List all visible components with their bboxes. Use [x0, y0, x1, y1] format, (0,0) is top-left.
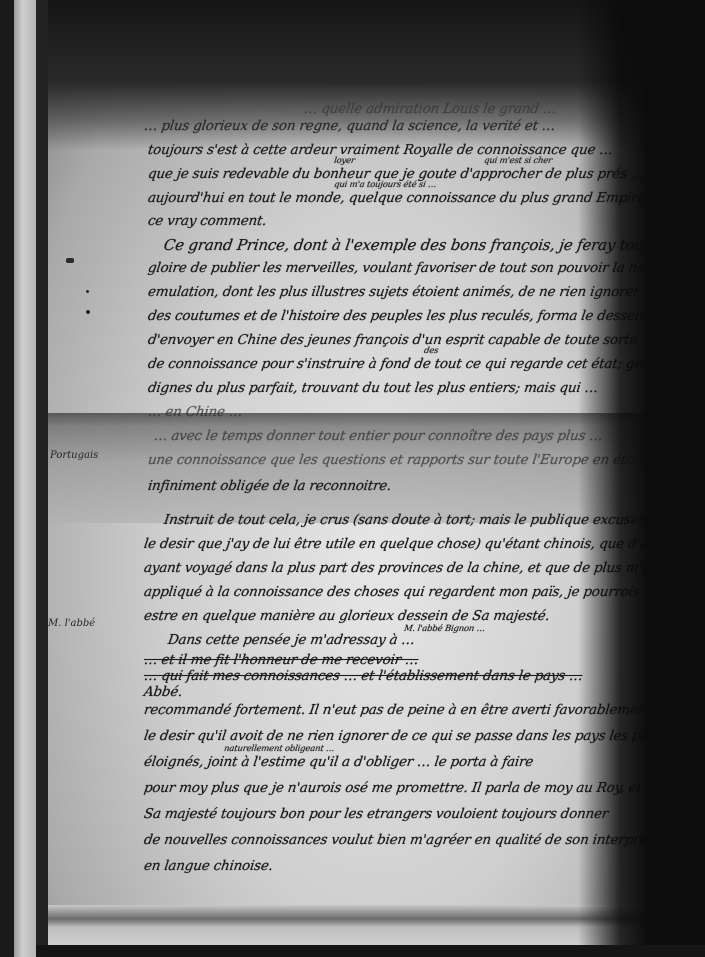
- manuscript-line: appliqué à la connoissance des choses qu…: [143, 584, 641, 600]
- interlinear-correction: qui m'a toujours été si …: [333, 180, 437, 190]
- manuscript-line: de connoissance pour s'instruire à fond …: [147, 356, 648, 372]
- manuscript-page: … quelle admiration Louis le grand …… pl…: [48, 0, 648, 945]
- interlinear-correction: des: [423, 346, 439, 356]
- margin-ink-mark: [66, 258, 74, 263]
- manuscript-line: de nouvelles connoissances voulut bien m…: [143, 832, 648, 848]
- page-bottom-edge: [48, 905, 648, 945]
- manuscript-line: ayant voyagé dans la plus part des provi…: [143, 560, 648, 576]
- manuscript-line: en langue chinoise.: [143, 858, 274, 874]
- manuscript-line: … avec le temps donner tout entier pour …: [153, 428, 604, 444]
- manuscript-line: … et il me fit l'honneur de me recevoir …: [143, 652, 420, 668]
- manuscript-line: aujourd'hui en tout le monde, quelque co…: [147, 190, 648, 206]
- interlinear-correction: naturellement obligeant …: [223, 744, 335, 754]
- photo-left-border: [0, 0, 14, 957]
- manuscript-line: Ce grand Prince, dont à l'exemple des bo…: [163, 236, 648, 254]
- margin-note: Portugais: [50, 450, 98, 461]
- photo-right-border: [648, 0, 705, 957]
- manuscript-line: infiniment obligée de la reconnoitre.: [147, 478, 392, 494]
- manuscript-line: estre en quelque manière au glorieux des…: [143, 608, 551, 624]
- manuscript-line: gloire de publier les merveilles, voulan…: [147, 260, 648, 276]
- manuscript-line: des coutumes et de l'histoire des peuple…: [147, 308, 648, 324]
- manuscript-line: ce vray comment.: [147, 213, 268, 229]
- margin-note: M. l'abbé: [48, 618, 95, 629]
- photo-bottom-border: [36, 945, 705, 957]
- manuscript-line: Dans cette pensée je m'adressay à …: [167, 632, 416, 648]
- binding-gutter: [36, 0, 48, 957]
- manuscript-line: le desir que j'ay de lui être utile en q…: [143, 536, 648, 552]
- manuscript-line: … en Chine …: [147, 404, 243, 420]
- manuscript-line: Abbé.: [143, 684, 184, 700]
- manuscript-line: Sa majesté toujours bon pour les etrange…: [143, 806, 609, 822]
- page-top-shadow: [48, 0, 648, 150]
- interlinear-correction: loyer: [333, 156, 355, 166]
- manuscript-line: d'envoyer en Chine des jeunes françois d…: [147, 332, 639, 348]
- interlinear-correction: M. l'abbé Bignon …: [403, 624, 485, 634]
- manuscript-line: éloignés, joint à l'estime qu'il a d'obl…: [143, 754, 534, 770]
- page-right-shadow: [578, 0, 648, 945]
- margin-ink-mark: [86, 310, 90, 314]
- manuscript-line: une connoissance que les questions et ra…: [147, 452, 648, 468]
- manuscript-line: pour moy plus que je n'aurois osé me pro…: [143, 780, 643, 796]
- margin-ink-mark: [86, 290, 89, 293]
- interlinear-correction: qui m'est si cher: [483, 156, 552, 166]
- manuscript-line: recommandé fortement. Il n'eut pas de pe…: [143, 702, 648, 718]
- manuscript-line: Instruit de tout cela, je crus (sans dou…: [163, 512, 648, 528]
- manuscript-line: … qui fait mes connoissances … et l'étab…: [143, 668, 584, 684]
- manuscript-line: le desir qu'il avoit de ne rien ignorer …: [143, 728, 648, 744]
- adjacent-page-edge: [14, 0, 36, 957]
- manuscript-line: emulation, dont les plus illustres sujet…: [147, 284, 641, 300]
- manuscript-line: dignes du plus parfait, trouvant du tout…: [147, 380, 599, 396]
